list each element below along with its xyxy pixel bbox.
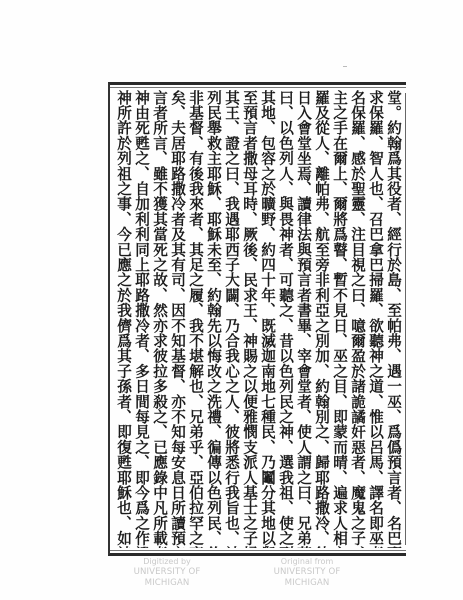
- digitized-by-institution: UNIVERSITY OF MICHIGAN: [112, 567, 222, 589]
- original-from-institution: UNIVERSITY OF MICHIGAN: [252, 567, 362, 589]
- original-from-credit: Original from UNIVERSITY OF MICHIGAN: [252, 557, 362, 589]
- text-column-2: 求保羅、智人也、召巴拿巴掃羅、欲聽神之道、惟以呂馬、譯名即巫者、敵二使徒、欲使方…: [366, 90, 384, 548]
- text-column-8: 其地、包容之於曠野、約四十年、既滅迦南地七種民、乃鬮分其地以與之、後歷賜以士師、…: [258, 90, 276, 548]
- text-column-9: 至預言者撒母耳時、厥後、民求王、神賜之以便雅憫支派人基士之子掃羅、歷四十年、既廢…: [240, 90, 258, 548]
- text-columns: 堂。約翰爲其役者、經行於島、至帕弗、遇一巫、爲僞預言者、名巴耶穌、猶太人也、彼與…: [114, 90, 402, 548]
- scanned-page: 堂。約翰爲其役者、經行於島、至帕弗、遇一巫、爲僞預言者、名巴耶穌、猶太人也、彼與…: [0, 0, 463, 600]
- text-column-1: 堂。約翰爲其役者、經行於島、至帕弗、遇一巫、爲僞預言者、名巴耶穌、猶太人也、彼與…: [384, 90, 402, 548]
- text-column-3: 名保羅、感於聖靈、注目視之曰、噫爾盈於諸詭譎奸惡者、魔鬼之子、諸義之敵、爾亂主之…: [348, 90, 366, 548]
- text-column-15: 神由死甦之、自加利利同上耶路撒冷者、多日間每見之、即今爲之作證於民者、夫我儕以福…: [132, 90, 150, 548]
- text-column-13: 矣、夫居耶路撒冷者及其有司、因不知基督、亦不知每安息日所讀預言者之言、是以定擬基…: [168, 90, 186, 548]
- frame-rule-bottom: [110, 550, 406, 551]
- text-column-14: 言者所言、雖不獲其當死之故、然亦求彼拉多殺之、已應錄中凡所載者、則由木取尸而下、…: [150, 90, 168, 548]
- text-column-11: 列民舉救主耶穌、耶穌未至、約翰先以悔改之洗禮、徧傳以色列民、約翰將成其職時、曰、…: [204, 90, 222, 548]
- text-column-16: 神所許於列祖之事、今已應之於我儕爲其子孫者、即復甦耶穌也、如詩之第二篇所錄云、爾…: [114, 90, 132, 548]
- digitization-footer: Digitized by UNIVERSITY OF MICHIGAN Orig…: [0, 557, 463, 597]
- original-from-label: Original from: [252, 557, 362, 567]
- text-column-7: 曰、以色列人、與畏神者、可聽之、昔以色列民之神、選我祖、使之列祖、民旅埃及地時、…: [276, 90, 294, 548]
- text-column-6: 日入會堂坐焉、讀律法與預言者書畢、宰會堂者、使人謂之曰、兄弟若有勸民之語、請言之…: [294, 90, 312, 548]
- text-column-4: 主之手在爾上、爾將爲瞽、暫不見日、巫之目、即蒙而晴、遍求人相之、方伯見所爲、奇主…: [330, 90, 348, 548]
- digitized-by-label: Digitized by: [112, 557, 222, 567]
- frame-rule-top: [110, 87, 406, 88]
- text-column-10: 其王、證之曰、我遇耶西子大闢、乃合我心之人、彼將悉行我旨也、神依己所許者、由此人…: [222, 90, 240, 548]
- text-frame: 堂。約翰爲其役者、經行於島、至帕弗、遇一巫、爲僞預言者、名巴耶穌、猶太人也、彼與…: [108, 82, 406, 556]
- text-column-5: 羅及從人、離帕弗、航至旁非利亞之別加、約翰別之、歸耶路撒冷、彼衆離別加、至彼西底…: [312, 90, 330, 548]
- frame-rule-right: [405, 93, 406, 545]
- scan-speck: [343, 66, 347, 67]
- text-column-12: 非基督、有後我來者、其足之履、我不堪解也、兄弟乎、亞伯拉罕之裔、及爾中畏神者乎、…: [186, 90, 204, 548]
- digitized-by-credit: Digitized by UNIVERSITY OF MICHIGAN: [112, 557, 222, 589]
